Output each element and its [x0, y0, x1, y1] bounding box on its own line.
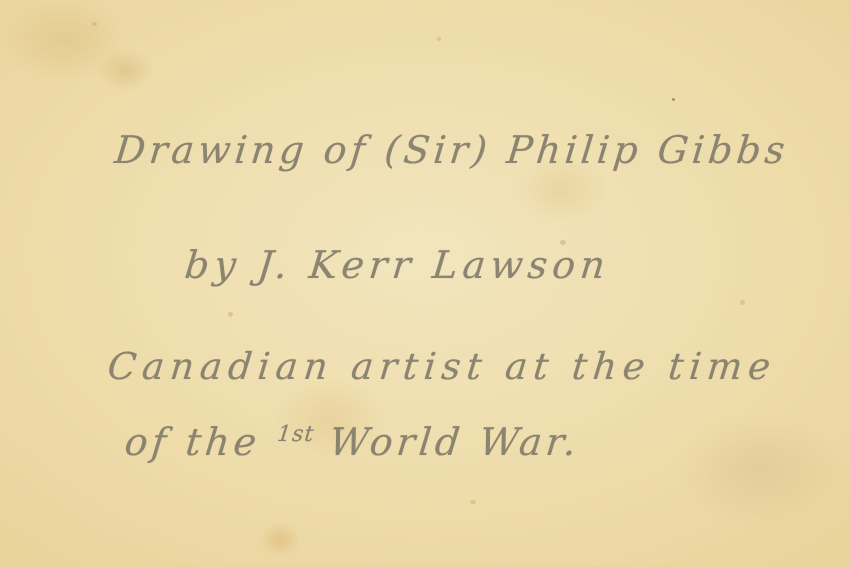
note-line-4: of the 1st World War. — [123, 420, 583, 464]
foxing-spot — [437, 37, 441, 41]
foxing-spot — [672, 98, 675, 101]
foxing-spot — [92, 22, 97, 26]
note-line-4-pre: of the — [123, 420, 279, 464]
foxing-spot — [740, 300, 745, 305]
foxing-spot — [470, 500, 476, 504]
ordinal-superscript: 1st — [276, 422, 316, 447]
note-line-2: by J. Kerr Lawson — [183, 243, 612, 287]
aged-paper-sheet: Drawing of (Sir) Philip Gibbs by J. Kerr… — [0, 0, 850, 567]
note-line-4-post: World War. — [311, 420, 582, 464]
foxing-spot — [228, 312, 233, 317]
note-line-1: Drawing of (Sir) Philip Gibbs — [113, 128, 791, 172]
note-line-3: Canadian artist at the time — [106, 345, 779, 388]
